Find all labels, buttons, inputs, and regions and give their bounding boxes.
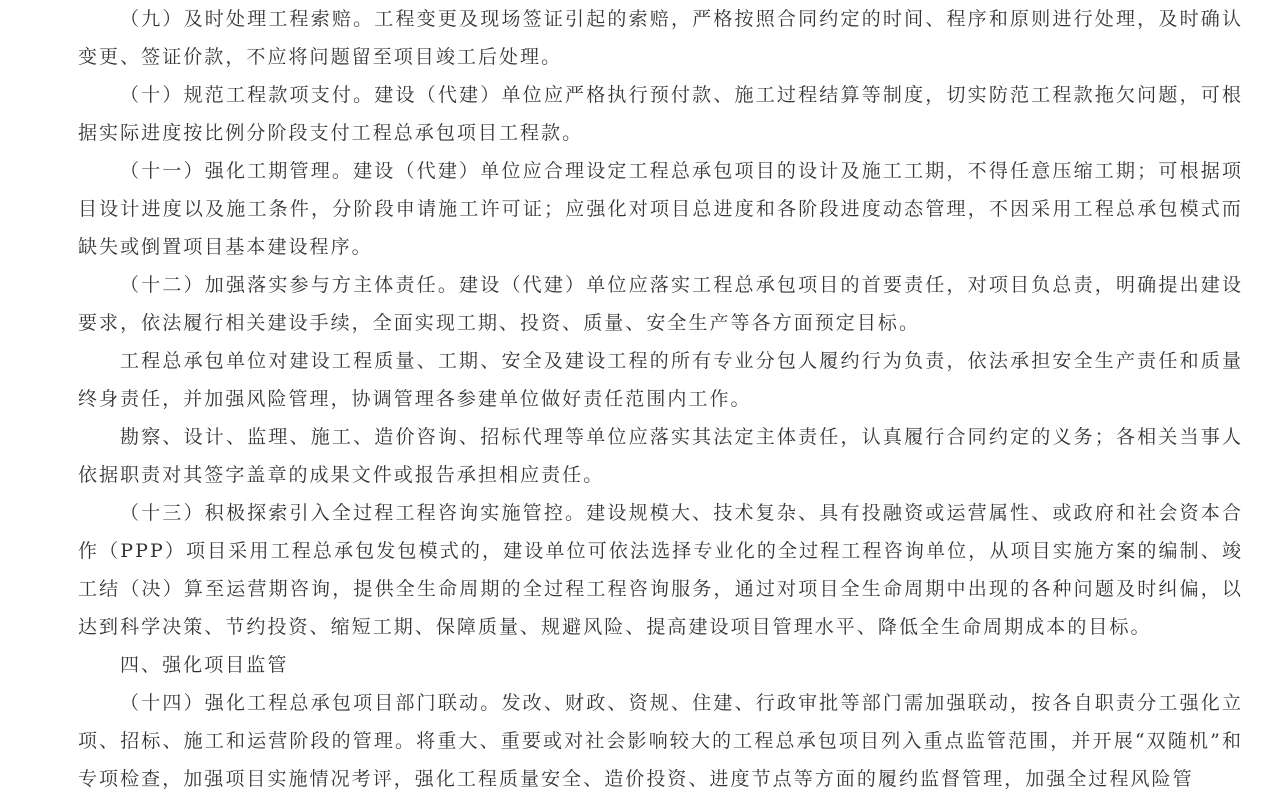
paragraph-units-responsibility: 勘察、设计、监理、施工、造价咨询、招标代理等单位应落实其法定主体责任，认真履行合…: [78, 418, 1243, 494]
paragraph-item-9: （九）及时处理工程索赔。工程变更及现场签证引起的索赔，严格按照合同约定的时间、程…: [78, 0, 1243, 76]
paragraph-item-10: （十）规范工程款项支付。建设（代建）单位应严格执行预付款、施工过程结算等制度，切…: [78, 76, 1243, 152]
paragraph-item-14: （十四）强化工程总承包项目部门联动。发改、财政、资规、住建、行政审批等部门需加强…: [78, 684, 1243, 798]
section-heading: 四、强化项目监管: [78, 646, 1243, 684]
document-body: （九）及时处理工程索赔。工程变更及现场签证引起的索赔，严格按照合同约定的时间、程…: [78, 0, 1243, 798]
paragraph-item-13: （十三）积极探索引入全过程工程咨询实施管控。建设规模大、技术复杂、具有投融资或运…: [78, 494, 1243, 646]
paragraph-contractor-responsibility: 工程总承包单位对建设工程质量、工期、安全及建设工程的所有专业分包人履约行为负责，…: [78, 342, 1243, 418]
paragraph-item-11: （十一）强化工期管理。建设（代建）单位应合理设定工程总承包项目的设计及施工工期，…: [78, 152, 1243, 266]
paragraph-item-12: （十二）加强落实参与方主体责任。建设（代建）单位应落实工程总承包项目的首要责任，…: [78, 266, 1243, 342]
